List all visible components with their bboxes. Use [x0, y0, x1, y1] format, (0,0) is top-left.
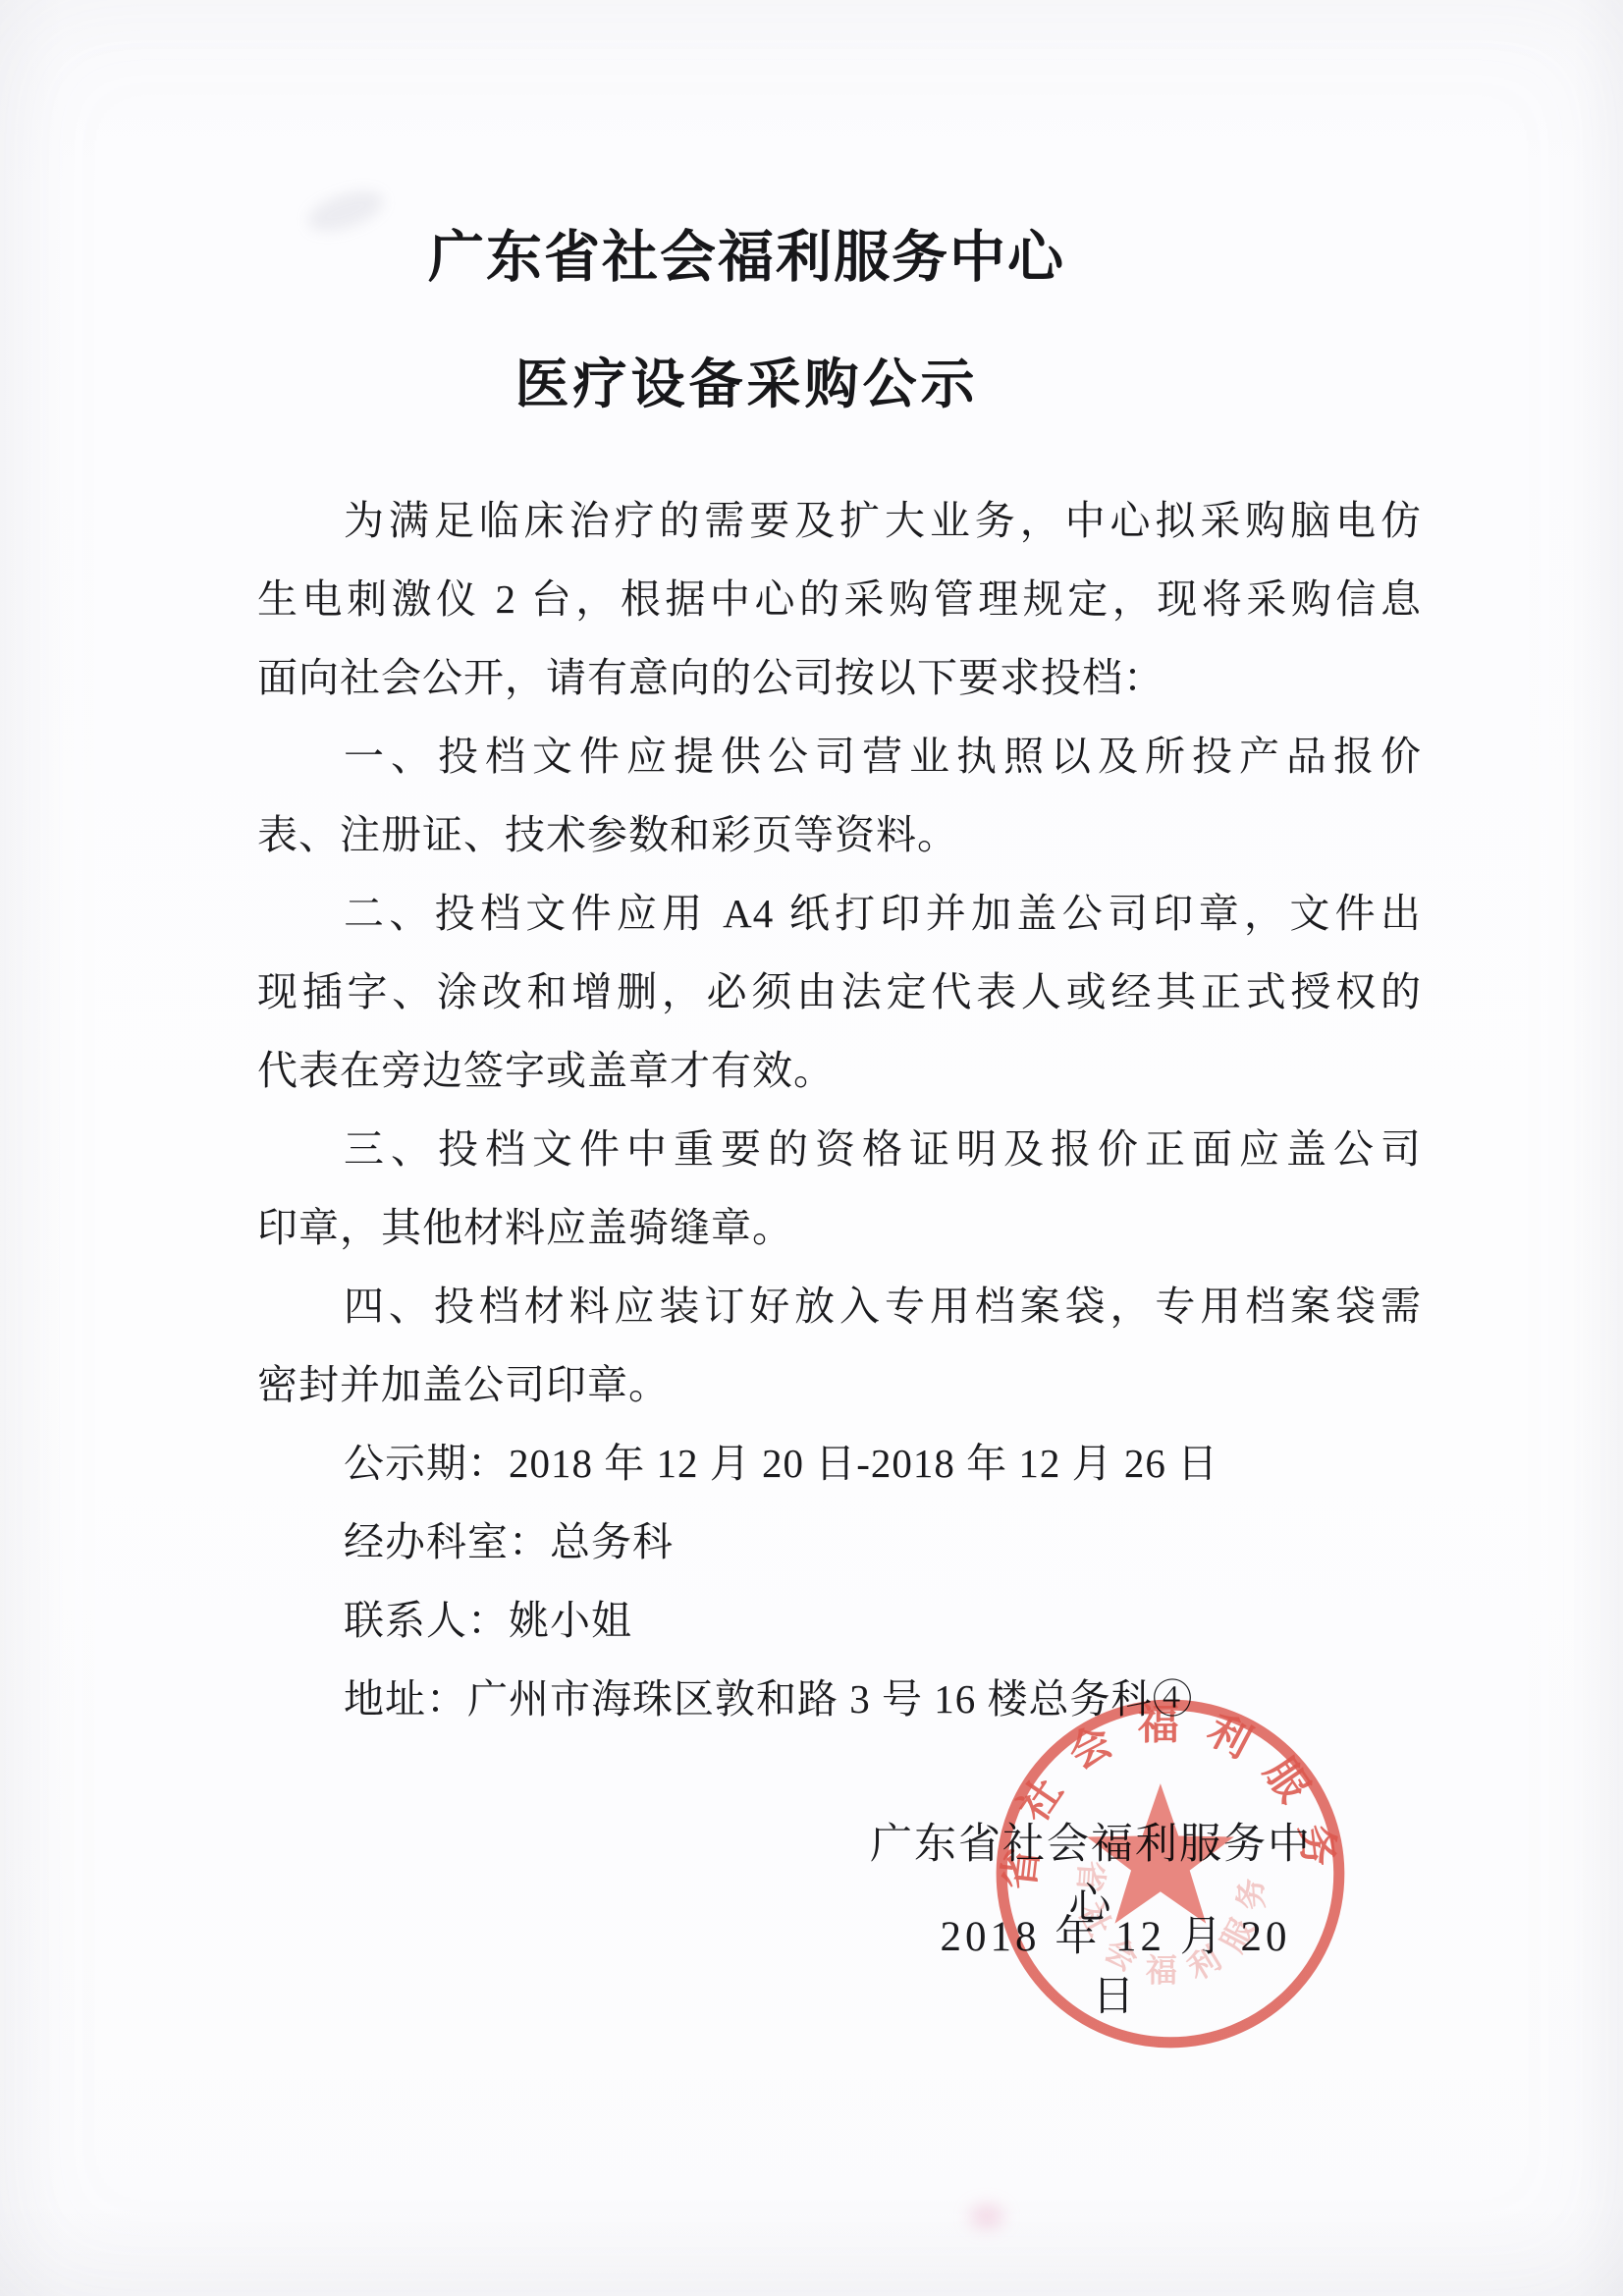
- body-line: 一、投档文件应提供公司营业执照以及所投产品报价: [257, 717, 1422, 795]
- body-line: 四、投档材料应装订好放入专用档案袋，专用档案袋需: [257, 1267, 1422, 1345]
- document-title-subject: 医疗设备采购公示: [0, 348, 1493, 422]
- publicity-period-line: 公示期：2018 年 12 月 20 日-2018 年 12 月 26 日: [257, 1424, 1422, 1503]
- body-line: 印章，其他材料应盖骑缝章。: [257, 1188, 1422, 1267]
- document-body: 为满足临床治疗的需要及扩大业务，中心拟采购脑电仿 生电刺激仪 2 台，根据中心的…: [257, 481, 1422, 1738]
- body-line: 密封并加盖公司印章。: [257, 1345, 1422, 1424]
- handling-department-line: 经办科室：总务科: [257, 1503, 1422, 1581]
- body-line: 表、注册证、技术参数和彩页等资料。: [257, 795, 1422, 874]
- official-seal: 广东省社会福利服务中心 广东省社会福利服务中心: [984, 1683, 1361, 2060]
- document-header: 广东省社会福利服务中心 医疗设备采购公示: [0, 0, 1493, 422]
- body-line: 二、投档文件应用 A4 纸打印并加盖公司印章，文件出: [257, 874, 1422, 953]
- contact-person-line: 联系人：姚小姐: [257, 1581, 1422, 1660]
- scanned-document-page: 广东省社会福利服务中心 医疗设备采购公示 为满足临床治疗的需要及扩大业务，中心拟…: [0, 0, 1623, 2296]
- seal-star-icon: [1087, 1783, 1234, 1924]
- body-line: 代表在旁边签字或盖章才有效。: [257, 1031, 1422, 1110]
- body-line: 生电刺激仪 2 台，根据中心的采购管理规定，现将采购信息: [257, 560, 1422, 638]
- document-title-org: 广东省社会福利服务中心: [0, 220, 1493, 297]
- body-line: 现插字、涂改和增删，必须由法定代表人或经其正式授权的: [257, 953, 1422, 1031]
- body-line: 面向社会公开，请有意向的公司按以下要求投档：: [257, 638, 1422, 717]
- scan-smudge: [970, 2206, 1003, 2227]
- body-line: 三、投档文件中重要的资格证明及报价正面应盖公司: [257, 1110, 1422, 1188]
- body-line: 为满足临床治疗的需要及扩大业务，中心拟采购脑电仿: [257, 481, 1422, 560]
